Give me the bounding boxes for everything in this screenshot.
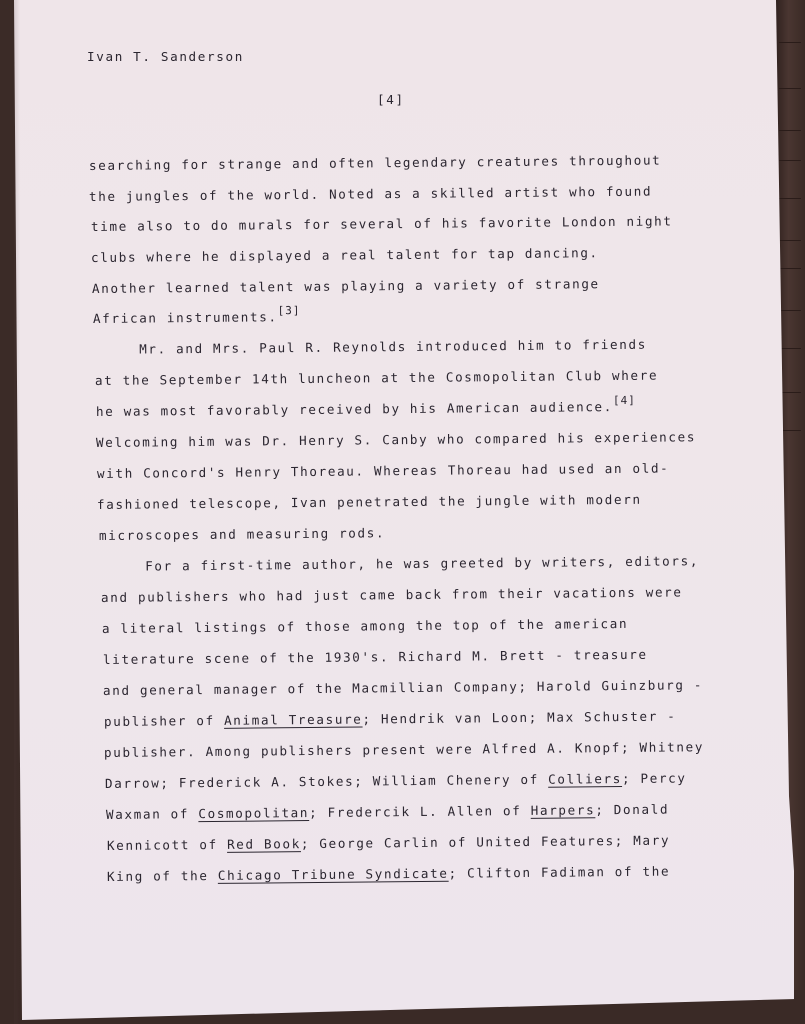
text-segment: ; Clifton Fadiman of the xyxy=(449,864,671,881)
surface-mark xyxy=(779,268,801,269)
photo-scene: Ivan T. Sanderson [4] searching for stra… xyxy=(0,0,805,1024)
surface-mark xyxy=(779,42,801,43)
text-line: African instruments.[3] xyxy=(93,309,301,326)
surface-mark xyxy=(779,88,801,89)
text-segment: King of the xyxy=(107,868,218,884)
text-segment: Waxman of xyxy=(106,806,198,822)
surface-mark xyxy=(779,160,801,161)
surface-mark xyxy=(779,310,801,311)
text-segment: ; Percy xyxy=(622,770,687,786)
page-number: [4] xyxy=(377,92,405,107)
text-segment: ; Donald xyxy=(595,802,669,818)
underlined-title: Cosmopolitan xyxy=(198,805,309,821)
footnote-reference: [4] xyxy=(613,394,636,407)
footnote-reference: [3] xyxy=(278,304,301,317)
text-segment: African instruments. xyxy=(93,309,278,326)
underlined-title: Harpers xyxy=(531,802,596,818)
text-segment: Kennicott of xyxy=(107,837,227,853)
surface-mark xyxy=(779,348,801,349)
text-segment: ; Hendrik van Loon; Max Schuster - xyxy=(362,709,676,727)
surface-mark xyxy=(779,240,801,241)
text-segment: microscopes and measuring rods. xyxy=(99,525,385,543)
text-line: microscopes and measuring rods. xyxy=(99,525,385,543)
text-segment: ; Fredercik L. Allen of xyxy=(309,803,531,820)
underlined-title: Animal Treasure xyxy=(224,712,363,728)
underlined-title: Red Book xyxy=(227,836,301,852)
text-segment: publisher of xyxy=(104,713,224,729)
surface-mark xyxy=(779,130,801,131)
page-edge-shadow xyxy=(14,0,20,1024)
underlined-title: Chicago Tribune Syndicate xyxy=(218,866,449,883)
running-header-author: Ivan T. Sanderson xyxy=(87,49,244,64)
underlined-title: Colliers xyxy=(548,771,622,787)
surface-mark xyxy=(779,198,801,199)
